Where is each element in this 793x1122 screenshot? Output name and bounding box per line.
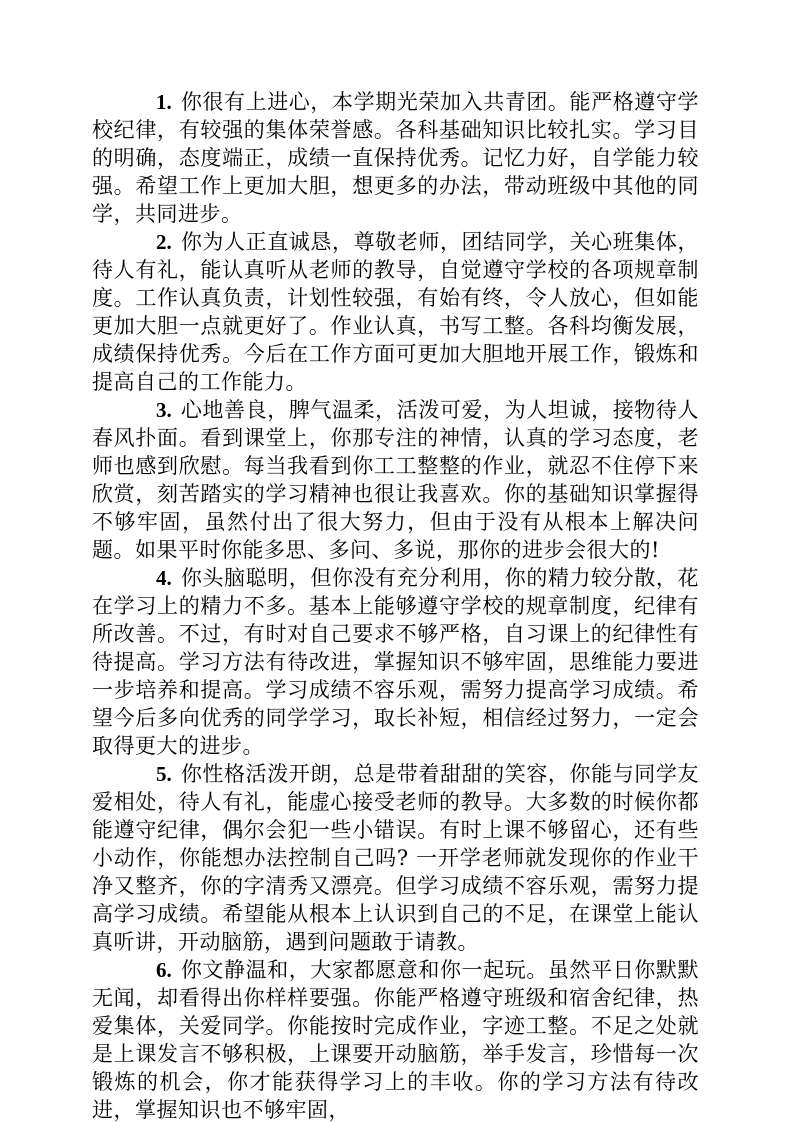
paragraph-number: 1. <box>156 90 172 114</box>
paragraph-text: 你为人正直诚恳，尊敬老师，团结同学，关心班集体，待人有礼，能认真听从老师的教导，… <box>92 230 699 394</box>
paragraph-number: 4. <box>156 566 172 590</box>
paragraph-text: 心地善良，脾气温柔，活泼可爱，为人坦诚，接物待人春风扑面。看到课堂上，你那专注的… <box>92 398 699 562</box>
paragraph-text: 你头脑聪明，但你没有充分利用，你的精力较分散，花在学习上的精力不多。基本上能够遵… <box>92 566 699 758</box>
paragraph-text: 你很有上进心，本学期光荣加入共青团。能严格遵守学校纪律，有较强的集体荣誉感。各科… <box>92 90 699 226</box>
paragraph-number: 3. <box>156 398 172 422</box>
paragraph-text: 你性格活泼开朗，总是带着甜甜的笑容，你能与同学友爱相处，待人有礼，能虚心接受老师… <box>92 762 699 954</box>
paragraph-number: 5. <box>156 762 172 786</box>
document-content: 1.你很有上进心，本学期光荣加入共青团。能严格遵守学校纪律，有较强的集体荣誉感。… <box>92 88 699 1122</box>
paragraph-number: 6. <box>156 958 172 982</box>
paragraph-6: 6.你文静温和，大家都愿意和你一起玩。虽然平日你默默无闻，却看得出你样样要强。你… <box>92 956 699 1122</box>
paragraph-5: 5.你性格活泼开朗，总是带着甜甜的笑容，你能与同学友爱相处，待人有礼，能虚心接受… <box>92 760 699 956</box>
document-page: 1.你很有上进心，本学期光荣加入共青团。能严格遵守学校纪律，有较强的集体荣誉感。… <box>0 0 793 1122</box>
paragraph-2: 2.你为人正直诚恳，尊敬老师，团结同学，关心班集体，待人有礼，能认真听从老师的教… <box>92 228 699 396</box>
paragraph-text: 你文静温和，大家都愿意和你一起玩。虽然平日你默默无闻，却看得出你样样要强。你能严… <box>92 958 699 1122</box>
paragraph-4: 4.你头脑聪明，但你没有充分利用，你的精力较分散，花在学习上的精力不多。基本上能… <box>92 564 699 760</box>
paragraph-3: 3.心地善良，脾气温柔，活泼可爱，为人坦诚，接物待人春风扑面。看到课堂上，你那专… <box>92 396 699 564</box>
paragraph-number: 2. <box>156 230 172 254</box>
paragraph-1: 1.你很有上进心，本学期光荣加入共青团。能严格遵守学校纪律，有较强的集体荣誉感。… <box>92 88 699 228</box>
